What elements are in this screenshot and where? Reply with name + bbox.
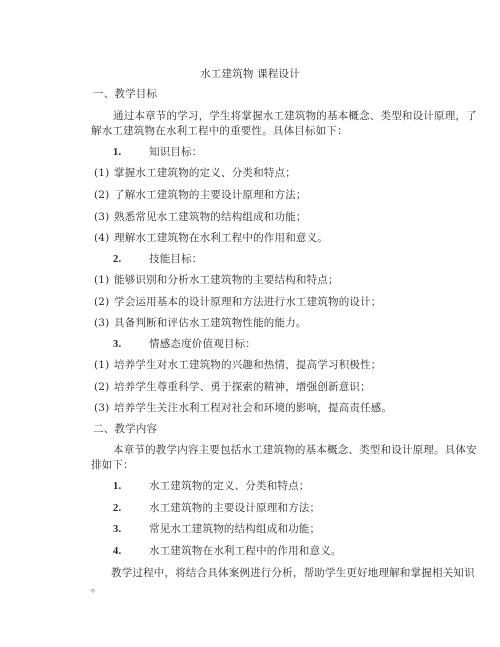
item-marker: (2) bbox=[94, 380, 114, 394]
list-item: (2)了解水工建筑物的主要设计原理和方法； bbox=[94, 188, 307, 202]
ordered-list-item: 1.水工建筑物的定义、分类和特点； bbox=[113, 479, 310, 494]
section-intro-line: 排如下： bbox=[91, 458, 134, 472]
item-text: 具备判断和评估水工建筑物性能的能力。 bbox=[114, 317, 307, 329]
item-text: 水工建筑物在水利工程中的作用和意义。 bbox=[149, 545, 342, 557]
item-number: 2. bbox=[113, 502, 149, 516]
item-number: 3. bbox=[113, 523, 149, 537]
list-item: (4)理解水工建筑物在水利工程中的作用和意义。 bbox=[94, 231, 328, 245]
item-text: 培养学生对水工建筑物的兴趣和热情，提高学习积极性； bbox=[114, 359, 382, 371]
list-item: (3)熟悉常见水工建筑物的结构组成和功能； bbox=[94, 210, 307, 224]
subsection-heading-knowledge: 1.知识目标： bbox=[113, 145, 203, 160]
list-item: (2)学会运用基本的设计原理和方法进行水工建筑物的设计； bbox=[94, 295, 382, 309]
section-intro-line: 通过本章节的学习，学生将掌握水工建筑物的基本概念、类型和设计原理，了 bbox=[113, 109, 477, 123]
item-text: 学会运用基本的设计原理和方法进行水工建筑物的设计； bbox=[114, 296, 382, 308]
item-marker: (2) bbox=[94, 295, 114, 309]
item-text: 培养学生尊重科学、勇于探索的精神，增强创新意识； bbox=[114, 381, 371, 393]
subsection-title: 技能目标： bbox=[149, 253, 203, 265]
item-marker: (3) bbox=[94, 401, 114, 415]
item-text: 常见水工建筑物的结构组成和功能； bbox=[149, 523, 320, 535]
section-intro-line: 解水工建筑物在水利工程中的重要性。具体目标如下： bbox=[91, 124, 348, 138]
item-marker: (2) bbox=[94, 188, 114, 202]
item-text: 水工建筑物的主要设计原理和方法； bbox=[149, 502, 320, 514]
section-heading-teaching-objectives: 一、教学目标 bbox=[93, 87, 157, 101]
item-text: 理解水工建筑物在水利工程中的作用和意义。 bbox=[114, 232, 328, 244]
item-number: 4. bbox=[113, 545, 149, 559]
subsection-heading-attitudes: 3.情感态度价值观目标： bbox=[113, 337, 256, 352]
item-text: 熟悉常见水工建筑物的结构组成和功能； bbox=[114, 211, 307, 223]
subsection-number: 3. bbox=[113, 338, 149, 352]
ordered-list-item: 2.水工建筑物的主要设计原理和方法； bbox=[113, 501, 320, 516]
item-marker: (3) bbox=[94, 210, 114, 224]
list-item: (1)掌握水工建筑物的定义、分类和特点； bbox=[94, 166, 296, 180]
item-text: 了解水工建筑物的主要设计原理和方法； bbox=[114, 189, 307, 201]
item-marker: (3) bbox=[94, 316, 114, 330]
list-item: (3)培养学生关注水利工程对社会和环境的影响，提高责任感。 bbox=[94, 401, 392, 415]
document-title: 水工建筑物 课程设计 bbox=[0, 67, 500, 81]
item-marker: (1) bbox=[94, 273, 114, 287]
list-item: (3)具备判断和评估水工建筑物性能的能力。 bbox=[94, 316, 307, 330]
item-marker: (1) bbox=[94, 166, 114, 180]
item-text: 能够识别和分析水工建筑物的主要结构和特点； bbox=[114, 274, 339, 286]
subsection-number: 2. bbox=[113, 253, 149, 267]
list-item: (2)培养学生尊重科学、勇于探索的精神，增强创新意识； bbox=[94, 380, 371, 394]
ordered-list-item: 3.常见水工建筑物的结构组成和功能； bbox=[113, 522, 320, 537]
subsection-title: 知识目标： bbox=[149, 146, 203, 158]
document-page: 水工建筑物 课程设计 一、教学目标 通过本章节的学习，学生将掌握水工建筑物的基本… bbox=[0, 0, 500, 647]
list-item: (1)能够识别和分析水工建筑物的主要结构和特点； bbox=[94, 273, 339, 287]
item-marker: (1) bbox=[94, 358, 114, 372]
section-intro-line: 本章节的教学内容主要包括水工建筑物的基本概念、类型和设计原理。具体安 bbox=[113, 443, 477, 457]
subsection-heading-skills: 2.技能目标： bbox=[113, 252, 203, 267]
closing-paragraph-line: 教学过程中，将结合具体案例进行分析，帮助学生更好地理解和掌握相关知识 bbox=[91, 566, 475, 580]
item-number: 1. bbox=[113, 480, 149, 494]
item-text: 水工建筑物的定义、分类和特点； bbox=[149, 480, 310, 492]
item-text: 掌握水工建筑物的定义、分类和特点； bbox=[114, 167, 296, 179]
subsection-title: 情感态度价值观目标： bbox=[149, 338, 256, 350]
ordered-list-item: 4.水工建筑物在水利工程中的作用和意义。 bbox=[113, 544, 342, 559]
closing-paragraph-line: 。 bbox=[91, 581, 102, 595]
item-marker: (4) bbox=[94, 231, 114, 245]
list-item: (1)培养学生对水工建筑物的兴趣和热情，提高学习积极性； bbox=[94, 358, 382, 372]
item-text: 培养学生关注水利工程对社会和环境的影响，提高责任感。 bbox=[114, 402, 392, 414]
section-heading-teaching-content: 二、教学内容 bbox=[93, 422, 157, 436]
subsection-number: 1. bbox=[113, 146, 149, 160]
